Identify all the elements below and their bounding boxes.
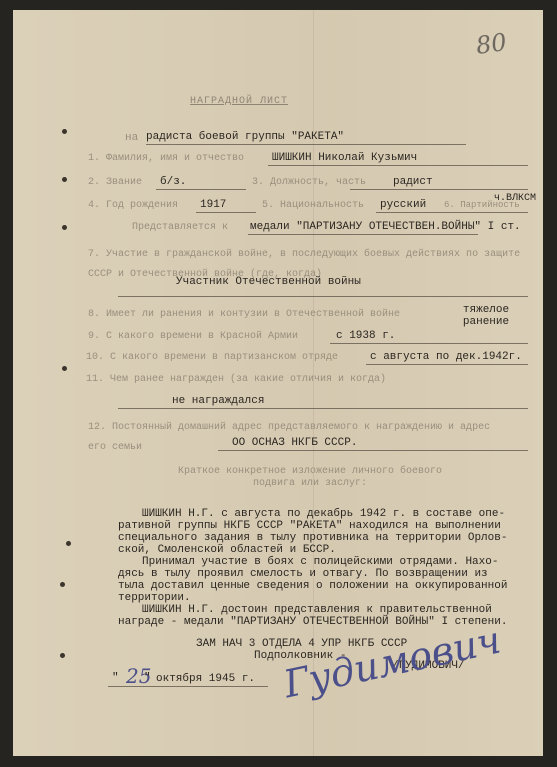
- narrative-line: ративной группы НКГБ СССР "РАКЕТА" наход…: [118, 520, 501, 532]
- nominee-prefix: на: [125, 132, 138, 144]
- field-value-position: радист: [393, 176, 433, 188]
- punch-hole: [62, 129, 67, 134]
- punch-hole: [62, 177, 67, 182]
- field-value-address: ОО ОСНАЗ НКГБ СССР.: [232, 437, 357, 449]
- date-close-quote: ": [144, 672, 151, 684]
- field-label-nationality: 5. Национальность: [262, 200, 364, 212]
- punch-hole: [62, 366, 67, 371]
- narrative-line: Принимал участие в боях с полицейскими о…: [142, 556, 498, 568]
- field-label-red-army: 9. С какого времени в Красной Армии: [88, 331, 298, 343]
- field-label-award: Представляется к: [132, 222, 228, 234]
- punch-hole: [62, 225, 67, 230]
- field-label-prior-awards: 11. Чем ранее награжден (за какие отличи…: [86, 374, 386, 386]
- punch-hole: [60, 653, 65, 658]
- narrative-line: территории.: [118, 592, 191, 604]
- field-value-war-participation: Участник Отечественной войны: [176, 276, 361, 288]
- field-label-name: 1. Фамилия, имя и отчество: [88, 153, 244, 165]
- narrative-line: ШИШКИН Н.Г. достоин представления к прав…: [142, 604, 492, 616]
- summary-heading: Краткое конкретное изложение личного бое…: [160, 466, 460, 490]
- field-value-birth-year: 1917: [200, 199, 226, 211]
- document-title: НАГРАДНОЙ ЛИСТ: [190, 96, 288, 107]
- narrative-line: ской, Смоленской областей и БССР.: [118, 544, 336, 556]
- date-open-quote: ": [112, 672, 119, 684]
- field-value-party: ч.ВЛКСМ: [494, 193, 536, 205]
- narrative-line: тыла доставил ценные сведения о положени…: [118, 580, 507, 592]
- nominee-value: радиста боевой группы "РАКЕТА": [146, 131, 344, 143]
- field-value-wounds: тяжелое ранение: [446, 304, 526, 328]
- field-value-name: ШИШКИН Николай Кузьмич: [272, 152, 417, 164]
- field-label-rank: 2. Звание: [88, 177, 142, 189]
- punch-hole: [60, 582, 65, 587]
- field-label-birth-year: 4. Год рождения: [88, 200, 178, 212]
- narrative-line: специального задания в тылу противника н…: [118, 532, 507, 544]
- field-value-red-army: с 1938 г.: [336, 330, 395, 342]
- field-value-nationality: русский: [380, 199, 426, 211]
- field-label-position: 3. Должность, часть: [252, 177, 366, 189]
- page-number: 80: [474, 28, 508, 60]
- date-rest: октября 1945 г.: [156, 673, 255, 685]
- field-value-award: медали "ПАРТИЗАНУ ОТЕЧЕСТВЕН.ВОЙНЫ" I ст…: [250, 221, 521, 233]
- field-value-prior-awards: не награждался: [172, 395, 264, 407]
- punch-hole: [66, 541, 71, 546]
- narrative-line: награде - медали "ПАРТИЗАНУ ОТЕЧЕСТВЕННО…: [118, 616, 507, 628]
- field-value-rank: б/з.: [160, 176, 186, 188]
- narrative-line: ШИШКИН Н.Г. с августа по декабрь 1942 г.…: [142, 508, 505, 520]
- field-label-wounds: 8. Имеет ли ранения и контузии в Отечест…: [88, 309, 400, 321]
- field-label-partisan: 10. С какого времени в партизанском отря…: [86, 352, 338, 364]
- narrative-line: дясь в тылу проявил смелость и отвагу. П…: [118, 568, 488, 580]
- field-value-partisan: с августа по дек.1942г.: [370, 351, 522, 363]
